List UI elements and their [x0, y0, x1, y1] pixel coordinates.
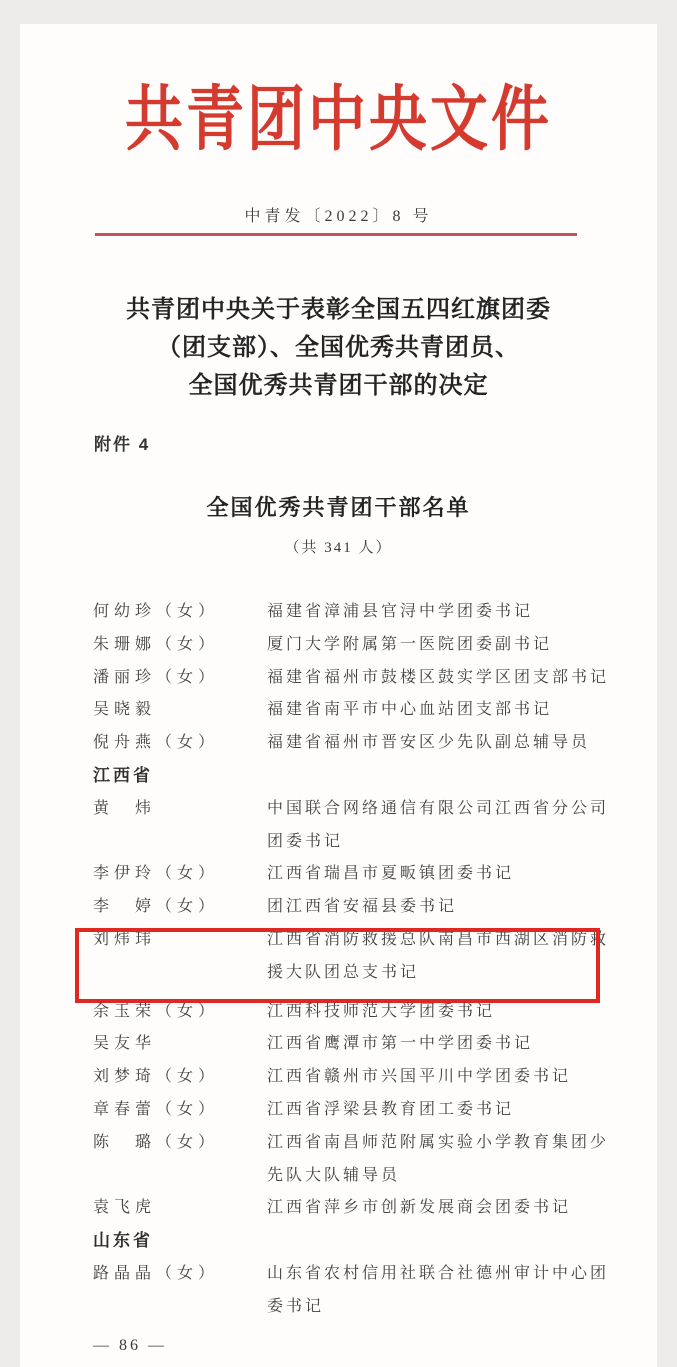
province-section-header: 山东省	[20, 1225, 657, 1258]
person-position: 江西省赣州市兴国平川中学团委书记	[267, 1061, 619, 1094]
person-position: 福建省漳浦县官浔中学团委书记	[267, 596, 619, 629]
roster-row: 余玉荣（女） 江西科技师范大学团委书记	[20, 996, 657, 1029]
person-position: 福建省南平市中心血站团支部书记	[267, 694, 619, 727]
person-name: 刘梦琦（女）	[20, 1061, 267, 1094]
person-position: 江西省浮梁县教育团工委书记	[267, 1094, 619, 1127]
person-position: 厦门大学附属第一医院团委副书记	[267, 629, 619, 662]
roster-row: 刘炜玮 江西省消防救援总队南昌市西湖区消防救援大队团总支书记	[20, 924, 657, 990]
person-name: 陈 璐（女）	[20, 1127, 267, 1160]
person-name: 刘炜玮	[20, 924, 267, 957]
roster: 何幼珍（女） 福建省漳浦县官浔中学团委书记 朱珊娜（女） 厦门大学附属第一医院团…	[20, 596, 657, 1324]
roster-row: 何幼珍（女） 福建省漳浦县官浔中学团委书记	[20, 596, 657, 629]
document-page: 共青团中央文件 中青发〔2022〕8 号 共青团中央关于表彰全国五四红旗团委 （…	[20, 24, 657, 1367]
roster-row: 黄 炜 中国联合网络通信有限公司江西省分公司团委书记	[20, 793, 657, 859]
masthead: 共青团中央文件	[20, 80, 657, 161]
person-position: 团江西省安福县委书记	[267, 891, 619, 924]
header-rule	[95, 233, 577, 236]
person-name: 潘丽珍（女）	[20, 662, 267, 695]
person-name: 李伊玲（女）	[20, 858, 267, 891]
person-name: 吴晓毅	[20, 694, 267, 727]
document-number: 中青发〔2022〕8 号	[20, 203, 657, 226]
document-title-line-3: 全国优秀共青团干部的决定	[20, 367, 657, 405]
roster-row: 李伊玲（女） 江西省瑞昌市夏畈镇团委书记	[20, 858, 657, 891]
person-position: 江西省鹰潭市第一中学团委书记	[267, 1028, 619, 1061]
roster-row: 章春蕾（女） 江西省浮梁县教育团工委书记	[20, 1094, 657, 1127]
person-position: 山东省农村信用社联合社德州审计中心团委书记	[267, 1258, 619, 1324]
person-position: 江西省消防救援总队南昌市西湖区消防救援大队团总支书记	[267, 924, 619, 990]
province-label: 江西省	[20, 760, 153, 793]
person-position: 福建省福州市鼓楼区鼓实学区团支部书记	[267, 662, 619, 695]
page-number: — 86 —	[93, 1337, 167, 1355]
person-position: 江西省萍乡市创新发展商会团委书记	[267, 1192, 619, 1225]
roster-row: 吴友华 江西省鹰潭市第一中学团委书记	[20, 1028, 657, 1061]
person-name: 吴友华	[20, 1028, 267, 1061]
province-section-header: 江西省	[20, 760, 657, 793]
person-name: 黄 炜	[20, 793, 267, 826]
person-name: 倪舟燕（女）	[20, 727, 267, 760]
person-name: 何幼珍（女）	[20, 596, 267, 629]
roster-row: 袁飞虎 江西省萍乡市创新发展商会团委书记	[20, 1192, 657, 1225]
person-name: 朱珊娜（女）	[20, 629, 267, 662]
person-name: 章春蕾（女）	[20, 1094, 267, 1127]
person-position: 江西科技师范大学团委书记	[267, 996, 619, 1029]
person-name: 李 婷（女）	[20, 891, 267, 924]
roster-row: 刘梦琦（女） 江西省赣州市兴国平川中学团委书记	[20, 1061, 657, 1094]
person-position: 江西省南昌师范附属实验小学教育集团少先队大队辅导员	[267, 1127, 619, 1193]
person-name: 路晶晶（女）	[20, 1258, 267, 1291]
document-title-line-1: 共青团中央关于表彰全国五四红旗团委	[20, 291, 657, 329]
roster-row: 吴晓毅 福建省南平市中心血站团支部书记	[20, 694, 657, 727]
province-label: 山东省	[20, 1225, 153, 1258]
roster-row: 陈 璐（女） 江西省南昌师范附属实验小学教育集团少先队大队辅导员	[20, 1127, 657, 1193]
roster-row: 倪舟燕（女） 福建省福州市晋安区少先队副总辅导员	[20, 727, 657, 760]
roster-count: （共 341 人）	[20, 536, 657, 557]
roster-row: 李 婷（女） 团江西省安福县委书记	[20, 891, 657, 924]
roster-title: 全国优秀共青团干部名单	[20, 491, 657, 522]
roster-row: 路晶晶（女） 山东省农村信用社联合社德州审计中心团委书记	[20, 1258, 657, 1324]
person-position: 江西省瑞昌市夏畈镇团委书记	[267, 858, 619, 891]
document-title: 共青团中央关于表彰全国五四红旗团委 （团支部）、全国优秀共青团员、 全国优秀共青…	[20, 291, 657, 405]
document-title-line-2: （团支部）、全国优秀共青团员、	[20, 329, 657, 367]
person-name: 袁飞虎	[20, 1192, 267, 1225]
roster-row: 朱珊娜（女） 厦门大学附属第一医院团委副书记	[20, 629, 657, 662]
person-position: 中国联合网络通信有限公司江西省分公司团委书记	[267, 793, 619, 859]
attachment-label: 附件 4	[94, 430, 150, 455]
person-position: 福建省福州市晋安区少先队副总辅导员	[267, 727, 619, 760]
roster-row: 潘丽珍（女） 福建省福州市鼓楼区鼓实学区团支部书记	[20, 662, 657, 695]
person-name: 余玉荣（女）	[20, 996, 267, 1029]
